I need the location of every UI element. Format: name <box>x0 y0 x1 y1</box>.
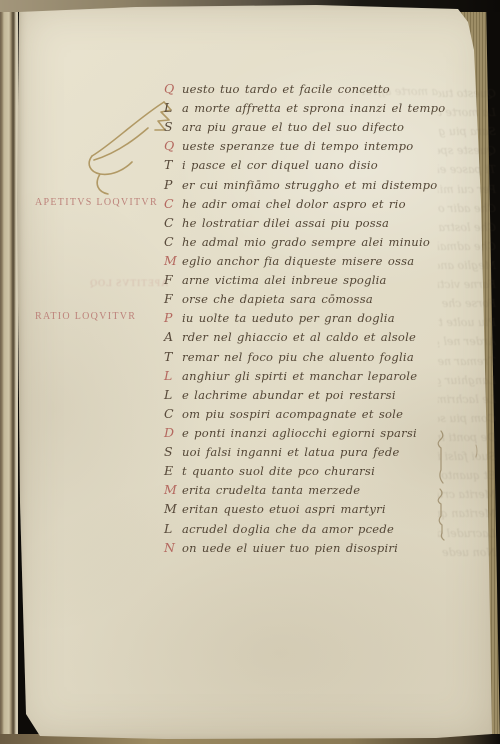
verse-line: Che lostratiar dilei assai piu possa <box>164 213 464 232</box>
verse-line: Langhiur gli spirti et manchar leparole <box>164 366 464 385</box>
verse-line: Queste speranze tue di tempo intempo <box>164 136 464 155</box>
verse-line: Tremar nel foco piu che aluento foglia <box>164 347 464 366</box>
verse-text: eglio anchor fia diqueste misere ossa <box>182 254 414 268</box>
verse-initial: P <box>164 175 176 194</box>
verse-initial: F <box>164 270 176 289</box>
verse-text: ara piu graue el tuo del suo difecto <box>182 120 404 134</box>
verse-line: Meritan questo etuoi aspri martyri <box>164 499 464 518</box>
verse-text: ueste speranze tue di tempo intempo <box>182 139 413 153</box>
verse-text: uoi falsi inganni et latua pura fede <box>182 445 400 459</box>
verse-line: Forse che dapieta sara cōmossa <box>164 289 464 308</box>
verse-line: Ti pasce el cor diquel uano disio <box>164 155 464 174</box>
verse-line: Questo tuo tardo et facile concetto <box>164 79 464 98</box>
verse-text: on uede el uiuer tuo pien disospiri <box>182 541 398 555</box>
verse-line: Sara piu graue el tuo del suo difecto <box>164 117 464 136</box>
verse-initial: F <box>164 289 176 308</box>
verse-initial: D <box>164 423 176 442</box>
verse-initial: Q <box>164 136 176 155</box>
verse-line: Che admal mio grado sempre alei minuio <box>164 232 464 251</box>
verse-line: Arder nel ghiaccio et al caldo et alsole <box>164 327 464 346</box>
verse-initial: Q <box>164 79 176 98</box>
verse-text: er cui minfiāmo struggho et mi distempo <box>182 178 437 192</box>
verse-text: arne victima alei inbreue spoglia <box>182 273 387 287</box>
verse-line: Com piu sospiri acompagnate et sole <box>164 404 464 423</box>
verse-initial: N <box>164 538 176 557</box>
verse-block: Questo tuo tardo et facile concettoLa mo… <box>164 79 464 557</box>
verse-line: Piu uolte ta ueduto per gran doglia <box>164 308 464 327</box>
margin-bracket-icon <box>431 429 447 487</box>
rubric-ratio-loquitur: RATIO LOQVITVR <box>35 311 136 322</box>
book-gutter-edge <box>0 0 18 744</box>
verse-line: De ponti inanzi agliocchi egiorni sparsi <box>164 423 464 442</box>
verse-line: Le lachrime abundar et poi restarsi <box>164 385 464 404</box>
verse-initial: M <box>164 480 176 499</box>
margin-bracket-icon <box>431 487 447 541</box>
verse-line: Suoi falsi inganni et latua pura fede <box>164 442 464 461</box>
verse-initial: T <box>164 347 176 366</box>
verse-initial: E <box>164 461 176 480</box>
verse-initial: L <box>164 366 176 385</box>
verse-initial: S <box>164 442 176 461</box>
verse-text: i pasce el cor diquel uano disio <box>182 158 378 172</box>
verse-initial: C <box>164 232 176 251</box>
verse-initial: S <box>164 117 176 136</box>
verse-text: remar nel foco piu che aluento foglia <box>182 350 414 364</box>
verse-text: a morte affretta et sprona inanzi el tem… <box>182 101 445 115</box>
verse-text: erita crudelta tanta merzede <box>182 483 360 497</box>
verse-text: he admal mio grado sempre alei minuio <box>182 235 430 249</box>
verse-initial: M <box>164 499 176 518</box>
verse-text: e lachrime abundar et poi restarsi <box>182 388 396 402</box>
verse-text: e ponti inanzi agliocchi egiorni sparsi <box>182 426 417 440</box>
verse-text: t quanto suol dite pco churarsi <box>182 464 375 478</box>
verse-text: iu uolte ta ueduto per gran doglia <box>182 311 395 325</box>
margin-tick-icon <box>472 444 480 458</box>
verse-text: eritan questo etuoi aspri martyri <box>182 502 386 516</box>
verse-text: anghiur gli spirti et manchar leparole <box>182 369 417 383</box>
verse-line: Per cui minfiāmo struggho et mi distempo <box>164 175 464 194</box>
verse-initial: C <box>164 404 176 423</box>
verse-line: Merita crudelta tanta merzede <box>164 480 464 499</box>
verse-initial: L <box>164 385 176 404</box>
verse-text: rder nel ghiaccio et al caldo et alsole <box>182 330 416 344</box>
verse-text: uesto tuo tardo et facile concetto <box>182 82 390 96</box>
verse-initial: P <box>164 308 176 327</box>
manuscript-photo: Questo tuo tardo et facile concettoLa mo… <box>0 0 500 744</box>
verse-text: acrudel doglia che da amor pcede <box>182 522 394 536</box>
verse-initial: L <box>164 519 176 538</box>
verse-line: La morte affretta et sprona inanzi el te… <box>164 98 464 117</box>
verse-text: om piu sospiri acompagnate et sole <box>182 407 403 421</box>
verse-initial: C <box>164 194 176 213</box>
verse-line: Meglio anchor fia diqueste misere ossa <box>164 251 464 270</box>
verse-initial: C <box>164 213 176 232</box>
verse-line: Farne victima alei inbreue spoglia <box>164 270 464 289</box>
verse-initial: M <box>164 251 176 270</box>
verse-initial: L <box>164 98 176 117</box>
verse-text: he lostratiar dilei assai piu possa <box>182 216 389 230</box>
verse-initial: A <box>164 327 176 346</box>
verse-line: Et quanto suol dite pco churarsi <box>164 461 464 480</box>
verse-text: he adir omai chel dolor aspro et rio <box>182 197 406 211</box>
verse-line: Lacrudel doglia che da amor pcede <box>164 519 464 538</box>
verse-initial: T <box>164 155 176 174</box>
rubric-appetitus-loquitur: APETITVS LOQVITVR <box>35 197 158 208</box>
verse-line: Che adir omai chel dolor aspro et rio <box>164 194 464 213</box>
verse-line: Non uede el uiuer tuo pien disospiri <box>164 538 464 557</box>
verse-text: orse che dapieta sara cōmossa <box>182 292 373 306</box>
